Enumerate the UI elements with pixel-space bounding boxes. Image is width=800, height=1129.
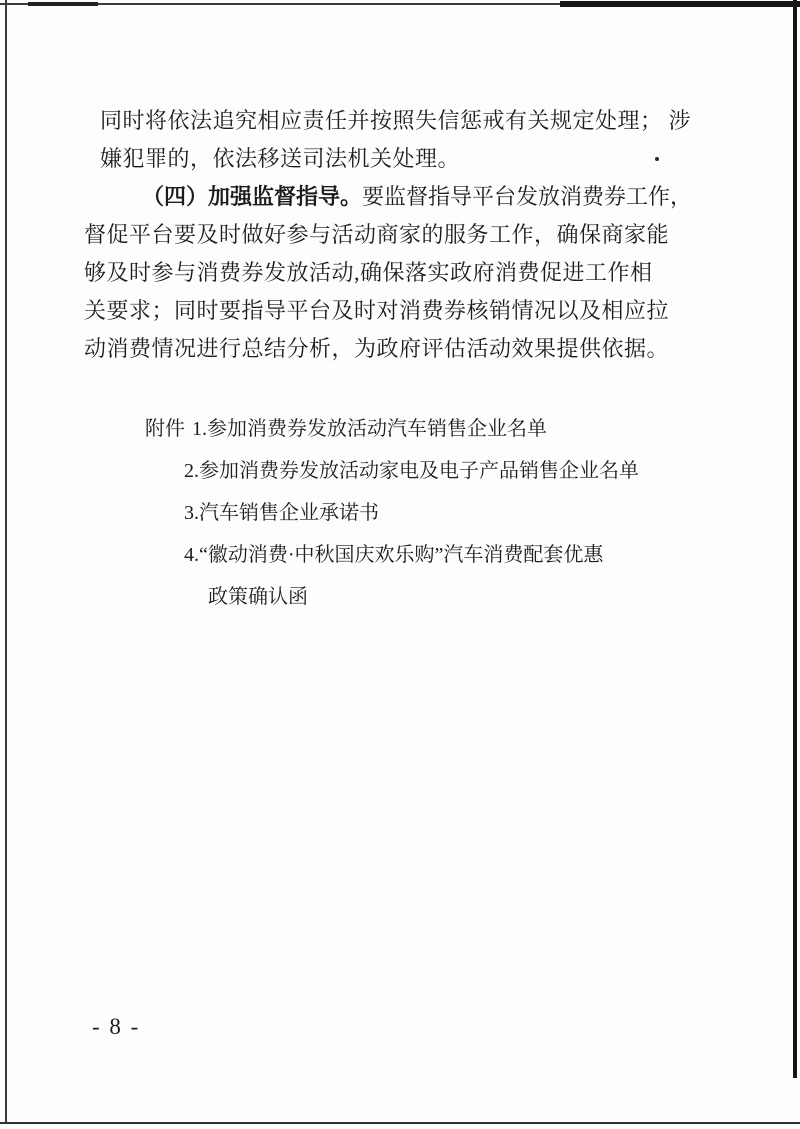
- body-text-line: （四）加强监督指导。要监督指导平台发放消费券工作，: [84, 178, 692, 216]
- attachment-number: 4.: [184, 544, 199, 566]
- section-heading: （四）加强监督指导。: [142, 184, 362, 209]
- attachment-item: 2.参加消费券发放活动家电及电子产品销售企业名单: [145, 450, 639, 492]
- attachment-list: 附件1.参加消费券发放活动汽车销售企业名单 2.参加消费券发放活动家电及电子产品…: [145, 408, 639, 618]
- scan-border-right: [793, 0, 797, 1078]
- scan-border-bottom: [0, 1122, 800, 1124]
- attachment-item: 附件1.参加消费券发放活动汽车销售企业名单: [145, 408, 639, 450]
- attachment-number: 1.: [192, 418, 207, 440]
- paragraph-section-4: （四）加强监督指导。要监督指导平台发放消费券工作， 督促平台要及时做好参与活动商…: [84, 178, 692, 368]
- attachment-number: 3.: [184, 502, 199, 524]
- attachment-number: 2.: [184, 460, 199, 482]
- body-text-line: 关要求；同时要指导平台及时对消费券核销情况以及相应拉: [84, 292, 692, 330]
- attachment-title: 参加消费券发放活动汽车销售企业名单: [207, 418, 547, 440]
- scan-border-top-left-clump: [28, 2, 98, 6]
- attachment-title: “徽动消费·中秋国庆欢乐购”汽车消费配套优惠: [199, 544, 603, 566]
- section-heading-rest: 要监督指导平台发放消费券工作，: [362, 184, 692, 209]
- body-text-line: 督促平台要及时做好参与活动商家的服务工作，确保商家能: [84, 216, 692, 254]
- paragraph-continuation: 同时将依法追究相应责任并按照失信惩戒有关规定处理； 涉 嫌犯罪的，依法移送司法机…: [100, 102, 691, 178]
- body-text-line: 够及时参与消费券发放活动,确保落实政府消费促进工作相: [84, 254, 692, 292]
- body-text-line: 嫌犯罪的，依法移送司法机关处理。: [100, 140, 691, 178]
- attachment-item-wrap-line: 政策确认函: [145, 576, 639, 618]
- page-number: - 8 -: [92, 1008, 140, 1046]
- scanned-document-page: 同时将依法追究相应责任并按照失信惩戒有关规定处理； 涉 嫌犯罪的，依法移送司法机…: [0, 0, 800, 1129]
- body-text-line: 动消费情况进行总结分析，为政府评估活动效果提供依据。: [84, 330, 692, 368]
- body-text-line: 同时将依法追究相应责任并按照失信惩戒有关规定处理； 涉: [100, 102, 691, 140]
- scan-dot-artifact: [655, 157, 659, 161]
- attachment-item: 4.“徽动消费·中秋国庆欢乐购”汽车消费配套优惠: [145, 534, 639, 576]
- attachment-label: 附件: [145, 418, 185, 440]
- attachment-title: 参加消费券发放活动家电及电子产品销售企业名单: [199, 460, 639, 482]
- attachment-item: 3.汽车销售企业承诺书: [145, 492, 639, 534]
- scan-border-top-right-thick: [560, 1, 800, 7]
- attachment-title: 汽车销售企业承诺书: [199, 502, 379, 524]
- scan-border-left: [5, 0, 7, 1124]
